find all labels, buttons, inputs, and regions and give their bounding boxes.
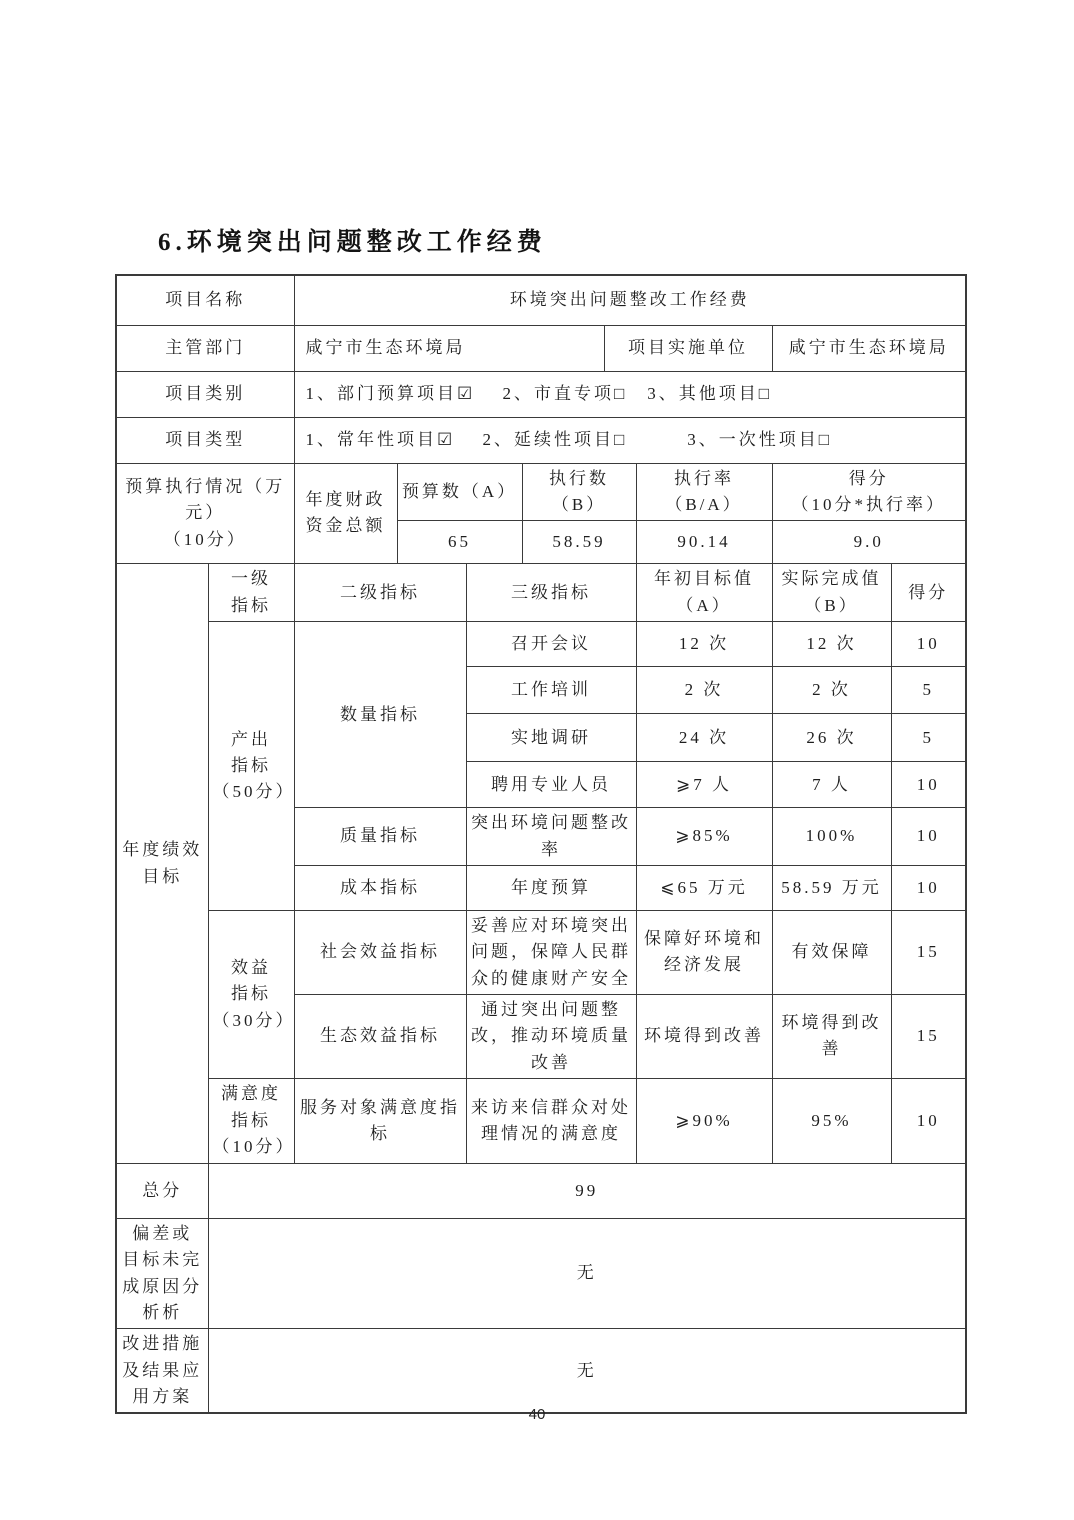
indicator-l3: 通过突出问题整 改，推动环境质量 改善 <box>466 994 636 1078</box>
indicator-l3: 来访来信群众对处 理情况的满意度 <box>466 1078 636 1163</box>
indicator-actual: 有效保障 <box>772 910 891 994</box>
page-title: 6.环境突出问题整改工作经费 <box>158 222 547 258</box>
total-score-value: 99 <box>208 1163 966 1218</box>
indicator-score: 10 <box>891 762 966 808</box>
header-l3: 三级指标 <box>466 564 636 622</box>
group-quantity: 数量指标 <box>294 622 466 808</box>
performance-evaluation-table: 项目名称 环境突出问题整改工作经费 主管部门 咸宁市生态环境局 项目实施单位 咸… <box>115 274 967 1414</box>
indicator-target: 环境得到改善 <box>636 994 772 1078</box>
indicator-l3: 年度预算 <box>466 865 636 910</box>
budget-total-label: 年度财政 资金总额 <box>294 463 397 564</box>
budget-col-rate: 执行率（B/A） <box>636 463 772 521</box>
impl-unit-label: 项目实施单位 <box>604 325 772 371</box>
project-name-value: 环境突出问题整改工作经费 <box>294 275 966 325</box>
indicator-actual: 95% <box>772 1078 891 1163</box>
budget-value: 65 <box>397 521 522 564</box>
indicator-score: 5 <box>891 667 966 714</box>
budget-col-score: 得分 （10分*执行率） <box>772 463 966 521</box>
deviation-label: 偏差或 目标未完 成原因分 析析 <box>116 1218 208 1328</box>
deviation-value: 无 <box>208 1218 966 1328</box>
indicator-target: 12 次 <box>636 622 772 667</box>
row-total-score: 总分 99 <box>116 1163 966 1218</box>
impl-unit-value: 咸宁市生态环境局 <box>772 325 966 371</box>
indicator-l3: 召开会议 <box>466 622 636 667</box>
header-score: 得分 <box>891 564 966 622</box>
indicator-l3: 工作培训 <box>466 667 636 714</box>
header-l1: 一级 指标 <box>208 564 294 622</box>
rate-value: 90.14 <box>636 521 772 564</box>
row-departments: 主管部门 咸宁市生态环境局 项目实施单位 咸宁市生态环境局 <box>116 325 966 371</box>
indicator-target: 保障好环境和 经济发展 <box>636 910 772 994</box>
group-cost: 成本指标 <box>294 865 466 910</box>
category-value: 1、部门预算项目☑ 2、市直专项□ 3、其他项目□ <box>294 371 966 417</box>
dept-value: 咸宁市生态环境局 <box>294 325 604 371</box>
indicator-target: ⩾85% <box>636 808 772 866</box>
improvement-value: 无 <box>208 1329 966 1414</box>
row-project-name: 项目名称 环境突出问题整改工作经费 <box>116 275 966 325</box>
type-label: 项目类型 <box>116 417 294 463</box>
header-actual: 实际完成值 （B） <box>772 564 891 622</box>
indicator-score: 15 <box>891 994 966 1078</box>
indicator-actual: 58.59 万元 <box>772 865 891 910</box>
group-satisfaction: 满意度 指标 （10分） <box>208 1078 294 1163</box>
row-improvement: 改进措施 及结果应 用方案 无 <box>116 1329 966 1414</box>
indicator-l3: 聘用专业人员 <box>466 762 636 808</box>
budget-col-budget: 预算数（A） <box>397 463 522 521</box>
category-label: 项目类别 <box>116 371 294 417</box>
indicator-actual: 26 次 <box>772 714 891 762</box>
group-benefit: 效益 指标 （30分） <box>208 910 294 1078</box>
indicator-actual: 100% <box>772 808 891 866</box>
indicator-score: 10 <box>891 865 966 910</box>
header-l2: 二级指标 <box>294 564 466 622</box>
indicator-actual: 环境得到改 善 <box>772 994 891 1078</box>
row-project-type: 项目类型 1、常年性项目☑ 2、延续性项目□ 3、一次性项目□ <box>116 417 966 463</box>
indicator-score: 5 <box>891 714 966 762</box>
row-deviation: 偏差或 目标未完 成原因分 析析 无 <box>116 1218 966 1328</box>
indicator-score: 10 <box>891 1078 966 1163</box>
score-value: 9.0 <box>772 521 966 564</box>
group-social: 社会效益指标 <box>294 910 466 994</box>
project-name-label: 项目名称 <box>116 275 294 325</box>
indicator-score: 10 <box>891 622 966 667</box>
budget-col-exec: 执行数（B） <box>522 463 636 521</box>
budget-section-label: 预算执行情况（万 元） （10分） <box>116 463 294 564</box>
indicator-target: 24 次 <box>636 714 772 762</box>
indicator-l3: 突出环境问题整改 率 <box>466 808 636 866</box>
indicator-target: ⩽65 万元 <box>636 865 772 910</box>
row-budget-header: 预算执行情况（万 元） （10分） 年度财政 资金总额 预算数（A） 执行数（B… <box>116 463 966 521</box>
dept-label: 主管部门 <box>116 325 294 371</box>
header-target: 年初目标值 （A） <box>636 564 772 622</box>
row-project-category: 项目类别 1、部门预算项目☑ 2、市直专项□ 3、其他项目□ <box>116 371 966 417</box>
indicator-actual: 7 人 <box>772 762 891 808</box>
indicator-actual: 2 次 <box>772 667 891 714</box>
type-value: 1、常年性项目☑ 2、延续性项目□ 3、一次性项目□ <box>294 417 966 463</box>
improvement-label: 改进措施 及结果应 用方案 <box>116 1329 208 1414</box>
total-score-label: 总分 <box>116 1163 208 1218</box>
group-service: 服务对象满意度指 标 <box>294 1078 466 1163</box>
indicator-row: 满意度 指标 （10分） 服务对象满意度指 标 来访来信群众对处 理情况的满意度… <box>116 1078 966 1163</box>
exec-value: 58.59 <box>522 521 636 564</box>
row-indicator-header: 年度绩效 目标 一级 指标 二级指标 三级指标 年初目标值 （A） 实际完成值 … <box>116 564 966 622</box>
indicator-l3: 实地调研 <box>466 714 636 762</box>
perf-section-label: 年度绩效 目标 <box>116 564 208 1164</box>
indicator-target: ⩾90% <box>636 1078 772 1163</box>
group-output: 产出 指标 （50分） <box>208 622 294 911</box>
indicator-row: 效益 指标 （30分） 社会效益指标 妥善应对环境突出 问题，保障人民群 众的健… <box>116 910 966 994</box>
indicator-target: 2 次 <box>636 667 772 714</box>
indicator-score: 10 <box>891 808 966 866</box>
indicator-actual: 12 次 <box>772 622 891 667</box>
indicator-score: 15 <box>891 910 966 994</box>
indicator-row: 产出 指标 （50分） 数量指标 召开会议 12 次 12 次 10 <box>116 622 966 667</box>
page-number: 40 <box>0 1406 1074 1423</box>
indicator-l3: 妥善应对环境突出 问题，保障人民群 众的健康财产安全 <box>466 910 636 994</box>
group-quality: 质量指标 <box>294 808 466 866</box>
indicator-target: ⩾7 人 <box>636 762 772 808</box>
group-eco: 生态效益指标 <box>294 994 466 1078</box>
